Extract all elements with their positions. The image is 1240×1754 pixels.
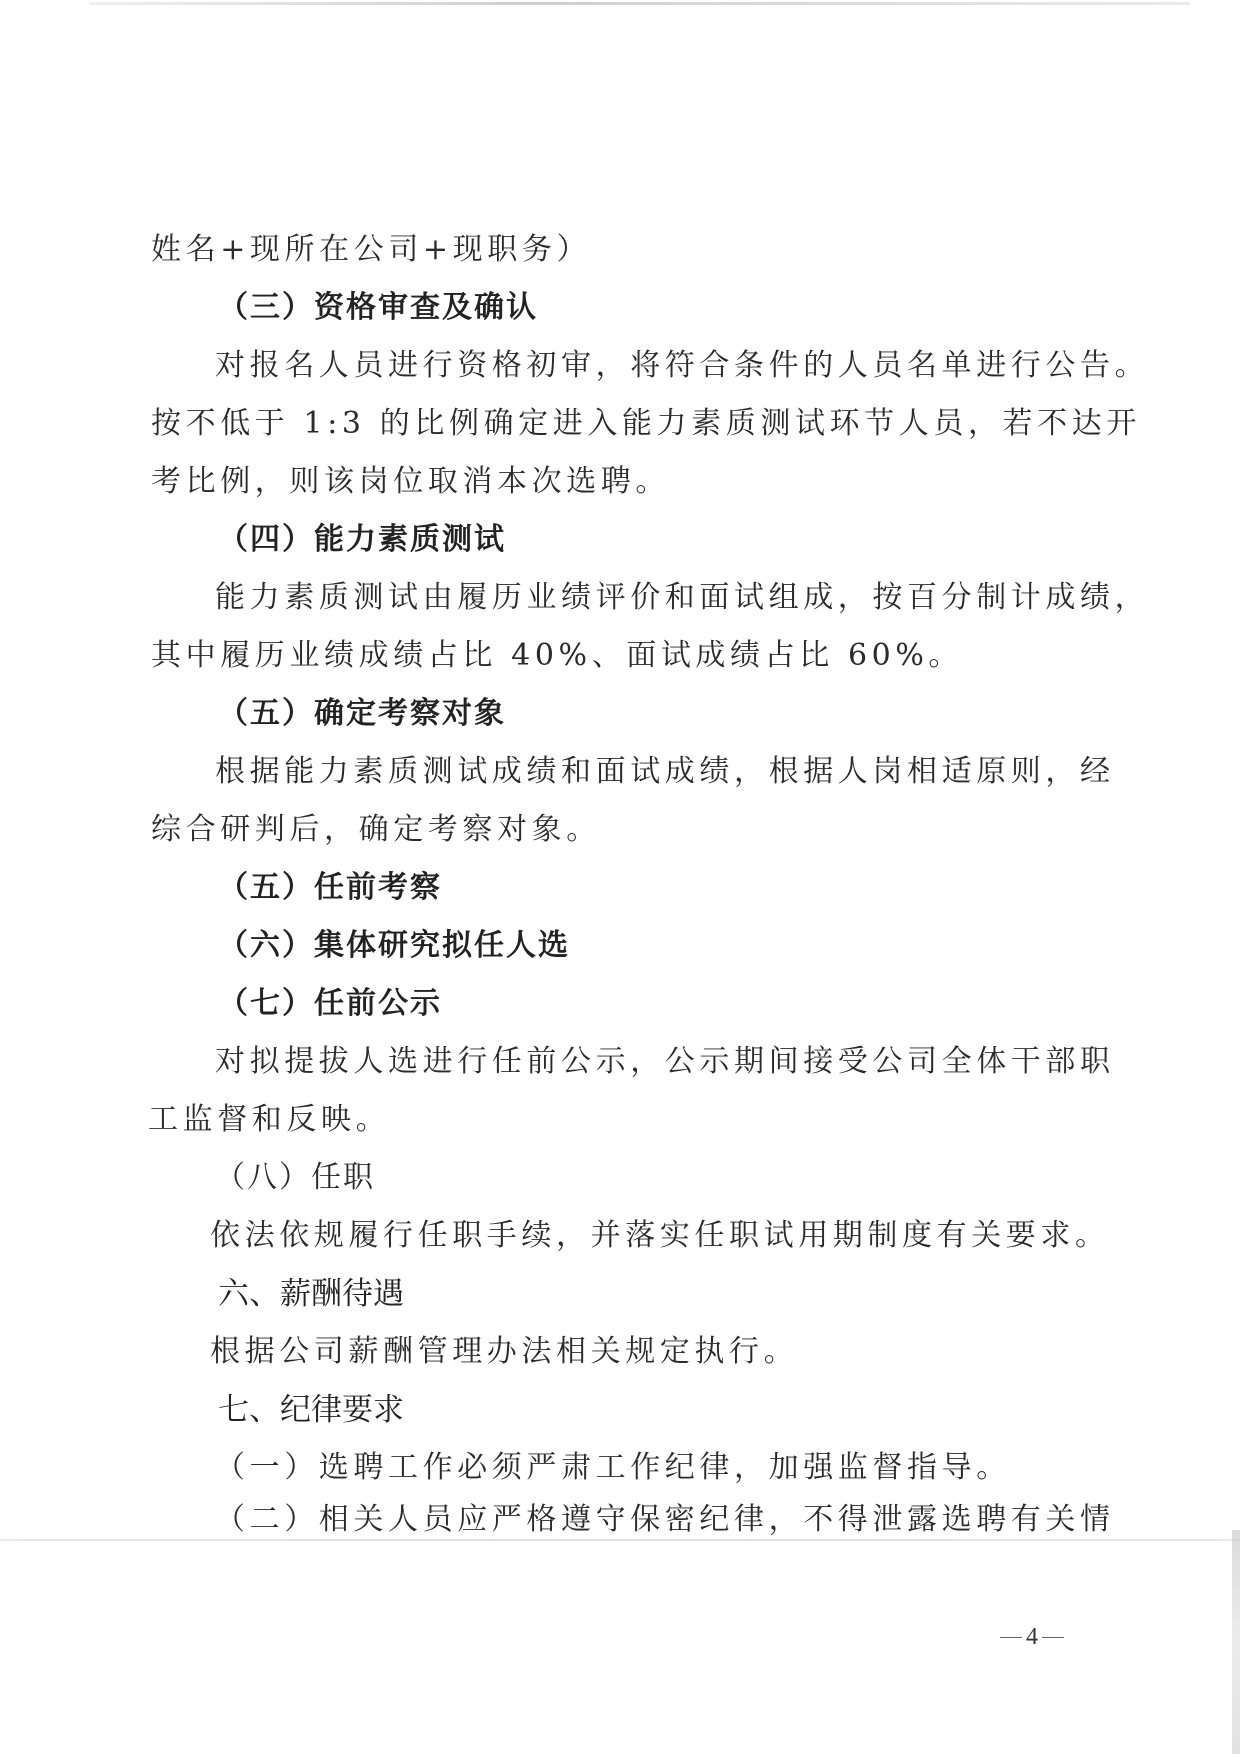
body-text-line: 根据能力素质测试成绩和面试成绩，根据人岗相适原则，经: [215, 752, 1115, 792]
subsection-heading: （五）任前考察: [218, 868, 442, 908]
page-number-value: 4: [1026, 1624, 1038, 1651]
subsection-heading: （八）任职: [215, 1158, 375, 1198]
subsection-heading: （五）确定考察对象: [218, 694, 506, 734]
body-text-line: 对拟提拔人选进行任前公示，公示期间接受公司全体干部职: [215, 1042, 1115, 1082]
page-number: 4: [1000, 1624, 1064, 1651]
subsection-heading: （七）任前公示: [218, 984, 442, 1024]
subsection-heading: （六）集体研究拟任人选: [218, 926, 570, 966]
subsection-heading: （四）能力素质测试: [218, 520, 506, 560]
dash-left: [1000, 1637, 1022, 1639]
body-text-line: 综合研判后，确定考察对象。: [151, 810, 601, 850]
subsection-heading: （三）资格审查及确认: [218, 288, 538, 328]
body-text-line: （二）相关人员应严格遵守保密纪律，不得泄露选聘有关情: [215, 1500, 1115, 1540]
body-text-line: 能力素质测试由履历业绩评价和面试组成，按百分制计成绩，: [215, 578, 1149, 618]
body-text-line: 其中履历业绩成绩占比 40%、面试成绩占比 60%。: [151, 636, 963, 676]
document-page: 姓名+现所在公司+现职务） （三）资格审查及确认 对报名人员进行资格初审，将符合…: [0, 0, 1240, 1754]
dash-right: [1042, 1637, 1064, 1639]
body-text-line: （一）选聘工作必须严肃工作纪律，加强监督指导。: [215, 1448, 1011, 1488]
body-text-line: 根据公司薪酬管理办法相关规定执行。: [210, 1332, 798, 1372]
body-text-line: 按不低于 1:3 的比例确定进入能力素质测试环节人员，若不达开: [151, 404, 1141, 444]
scan-edge-top: [90, 2, 1190, 5]
scan-edge-right: [1232, 1530, 1240, 1754]
body-text-line: 对报名人员进行资格初审，将符合条件的人员名单进行公告。: [215, 346, 1149, 386]
section-heading: 七、纪律要求: [218, 1390, 404, 1430]
body-text-line: 考比例，则该岗位取消本次选聘。: [151, 462, 670, 502]
section-heading: 六、薪酬待遇: [218, 1274, 404, 1314]
body-text-line: 工监督和反映。: [148, 1100, 390, 1140]
body-text-line: 依法依规履行任职手续，并落实任职试用期制度有关要求。: [210, 1216, 1110, 1256]
body-text-line: 姓名+现所在公司+现职务）: [151, 230, 591, 270]
